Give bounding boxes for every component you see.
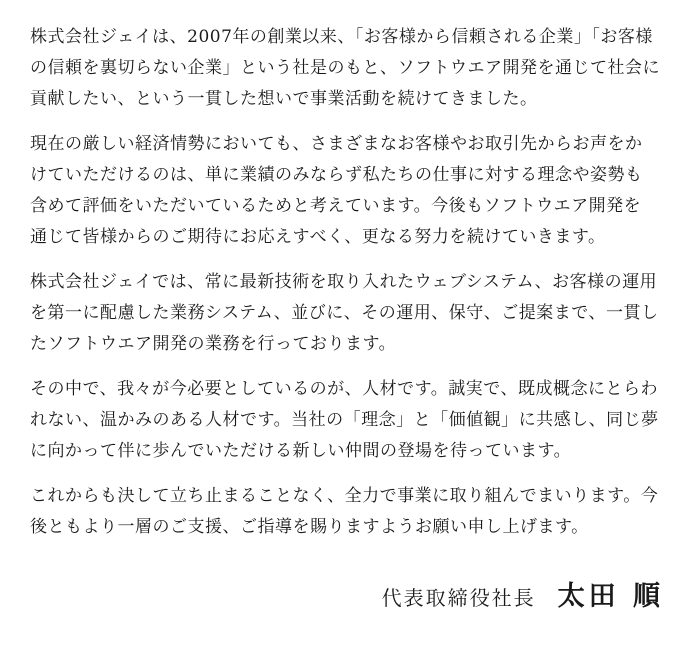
text-line: の信頼を裏切らない企業」という社是のもと、ソフトウエア開発を通じて社会に	[30, 53, 672, 84]
text-line: 株式会社ジェイは、2007年の創業以来、「お客様から信頼される企業」「お客様	[30, 22, 672, 53]
text-line: 株式会社ジェイでは、常に最新技術を取り入れたウェブシステム、お客様の運用	[30, 267, 672, 298]
text-line: れない、温かみのある人材です。当社の「理念」と「価値観」に共感し、同じ夢	[30, 405, 672, 436]
text-line: 通じて皆様からのご期待にお応えすべく、更なる努力を続けていきます。	[30, 222, 672, 253]
text-line: に向かって伴に歩んでいただける新しい仲間の登場を待っています。	[30, 436, 672, 467]
text-line: 現在の厳しい経済情勢においても、さまざまなお客様やお取引先からお声をか	[30, 129, 672, 160]
paragraph-recruitment: その中で、我々が今必要としているのが、人材です。誠実で、既成概念にとらわ れない…	[30, 374, 672, 467]
text-line: 後ともより一層のご支援、ご指導を賜りますようお願い申し上げます。	[30, 512, 672, 543]
text-line: を第一に配慮した業務システム、並びに、その運用、保守、ご提案まで、一貫し	[30, 298, 672, 329]
signature-name: 太田 順	[558, 581, 664, 612]
signature: 代表取締役社長太田 順	[30, 581, 672, 616]
paragraph-founding-philosophy: 株式会社ジェイは、2007年の創業以来、「お客様から信頼される企業」「お客様 の…	[30, 22, 672, 115]
paragraph-business-description: 株式会社ジェイでは、常に最新技術を取り入れたウェブシステム、お客様の運用 を第一…	[30, 267, 672, 360]
text-line: けていただけるのは、単に業績のみならず私たちの仕事に対する理念や姿勢も	[30, 160, 672, 191]
text-line: その中で、我々が今必要としているのが、人材です。誠実で、既成概念にとらわ	[30, 374, 672, 405]
paragraph-economic-situation: 現在の厳しい経済情勢においても、さまざまなお客様やお取引先からお声をか けていた…	[30, 129, 672, 253]
company-message-page: 株式会社ジェイは、2007年の創業以来、「お客様から信頼される企業」「お客様 の…	[0, 0, 700, 659]
text-line: 含めて評価をいただいているためと考えています。今後もソフトウエア開発を	[30, 191, 672, 222]
paragraph-closing-remarks: これからも決して立ち止まることなく、全力で事業に取り組んでまいります。今 後とも…	[30, 481, 672, 543]
signature-title: 代表取締役社長	[382, 586, 536, 610]
text-line: たソフトウエア開発の業務を行っております。	[30, 329, 672, 360]
text-line: 貢献したい、という一貫した想いで事業活動を続けてきました。	[30, 84, 672, 115]
text-line: これからも決して立ち止まることなく、全力で事業に取り組んでまいります。今	[30, 481, 672, 512]
